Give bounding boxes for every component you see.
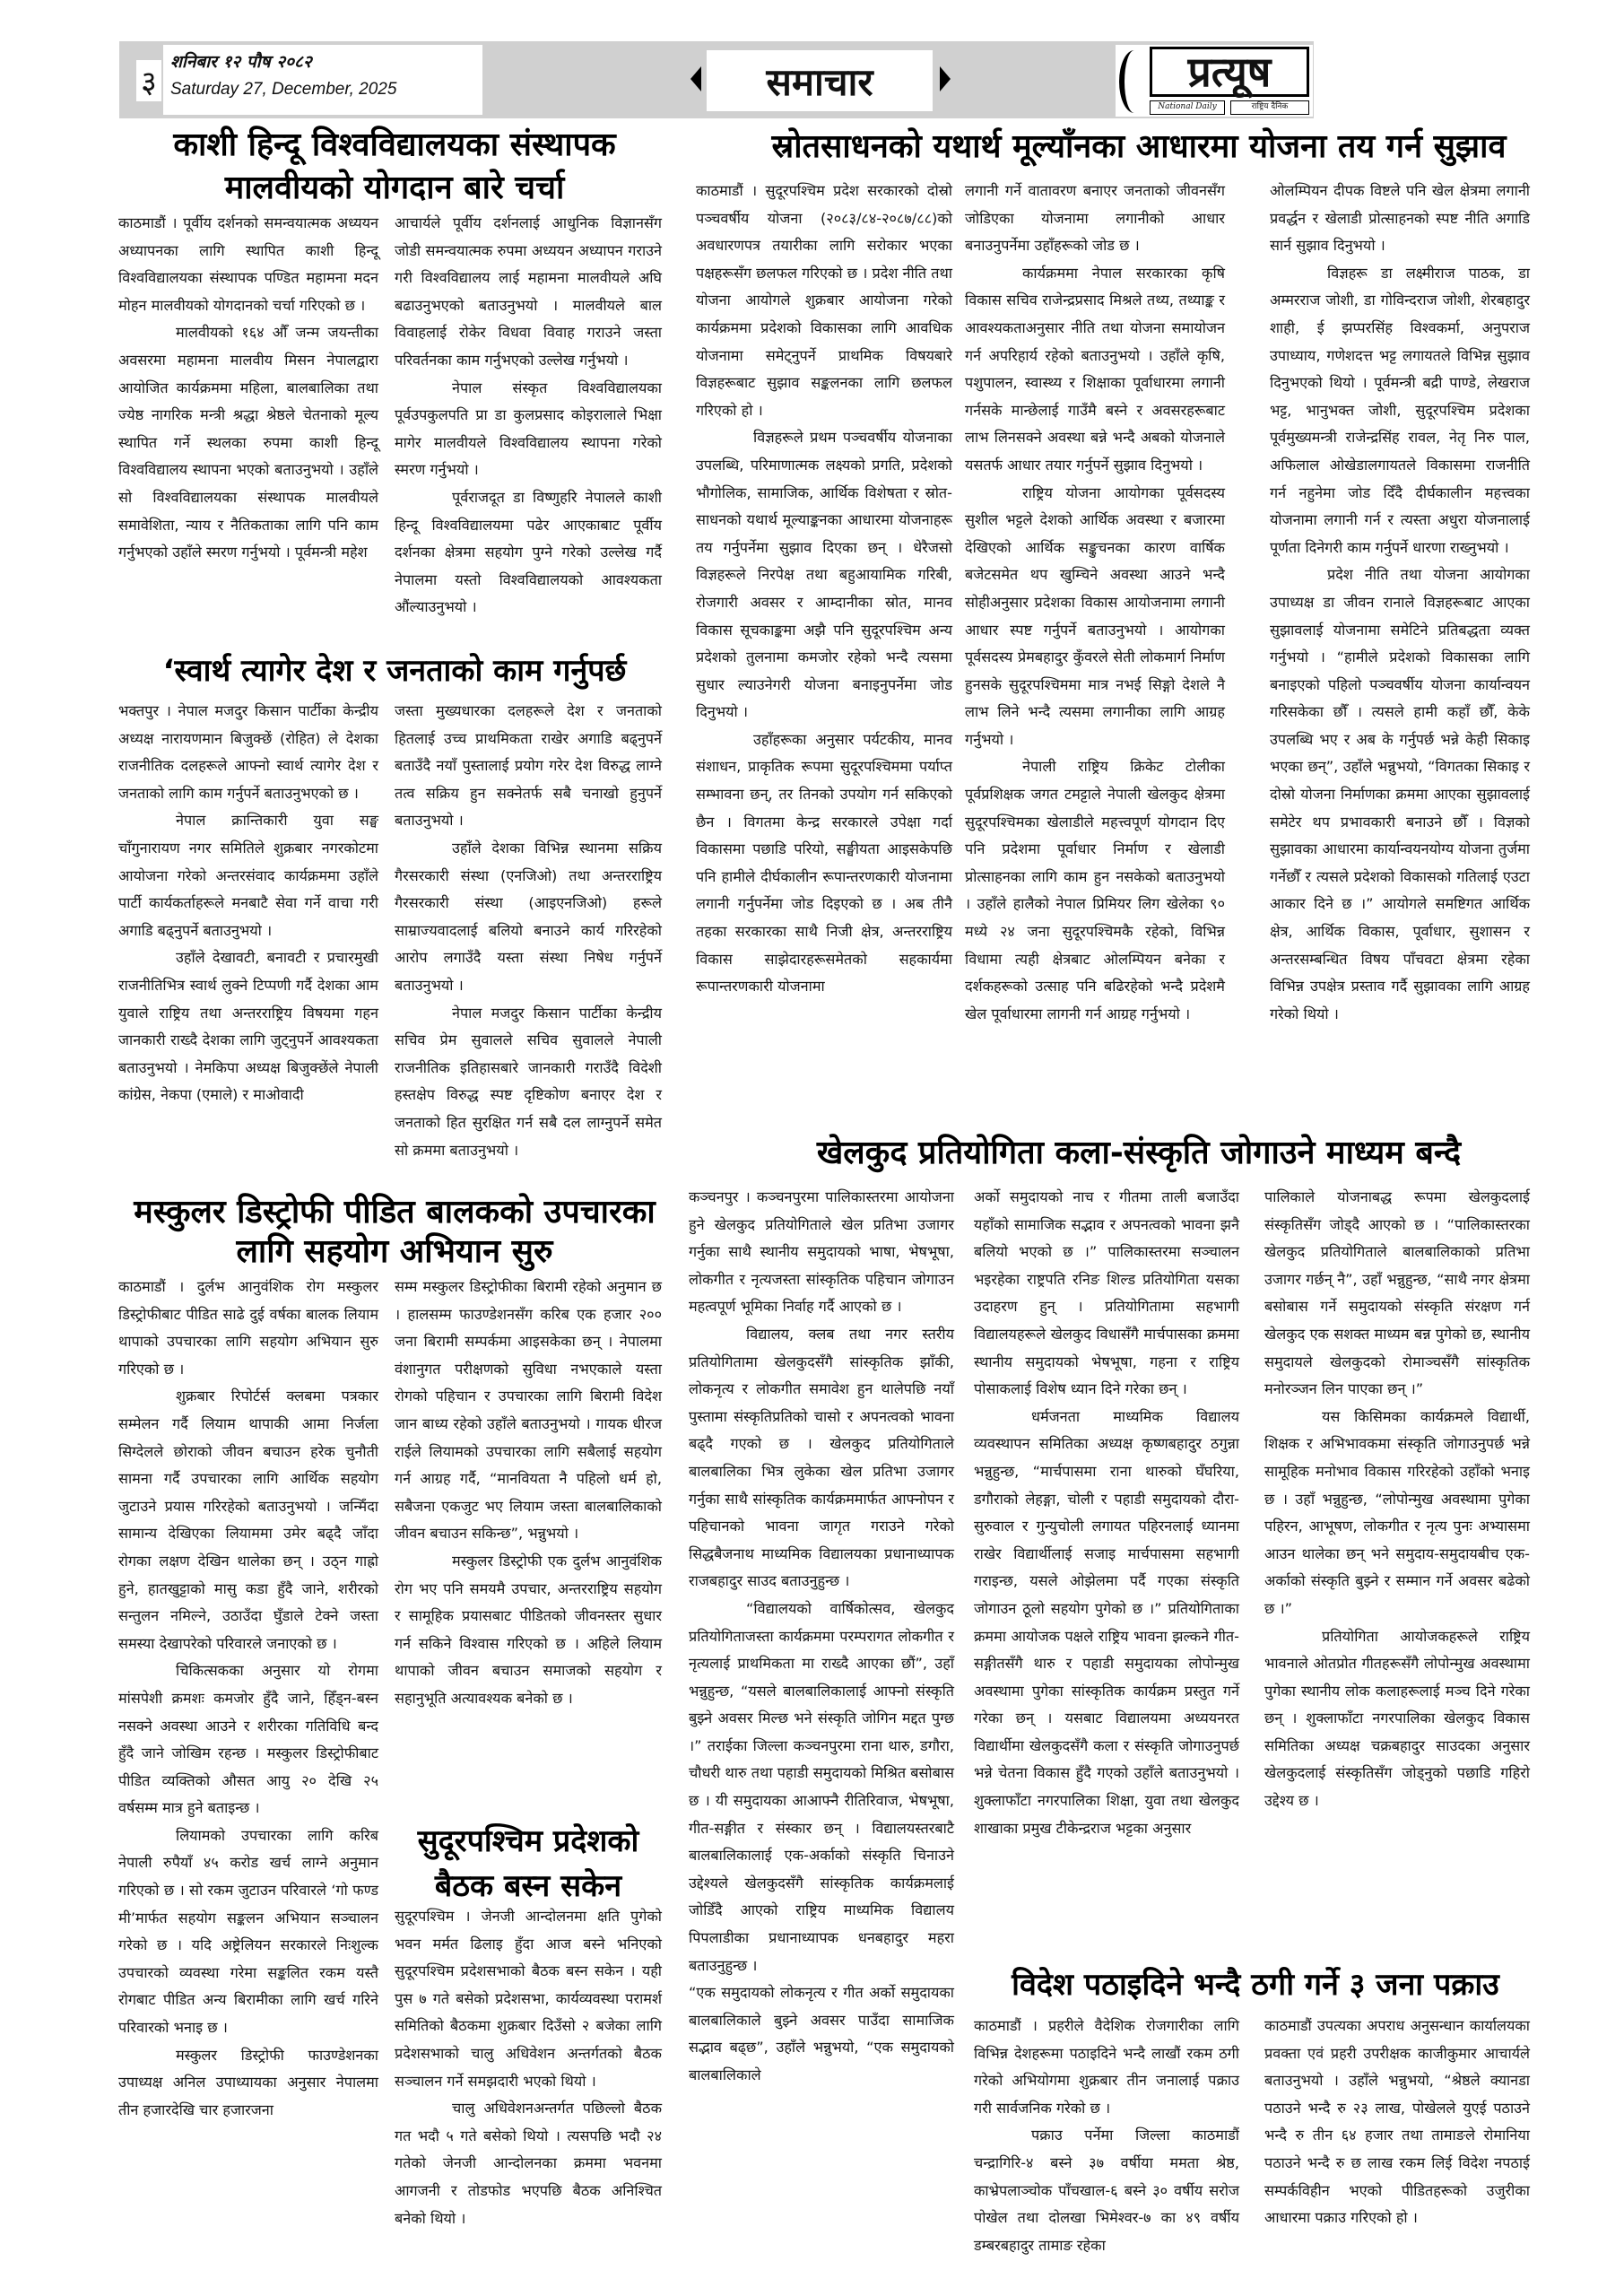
paragraph: आचार्यले पूर्वीय दर्शनलाई आधुनिक विज्ञान… [395,210,662,375]
paragraph: चालु अधिवेशनअन्तर्गत पछिल्लो बैठक गत भदौ… [395,2095,662,2232]
paragraph: प्रदेश नीति तथा योजना आयोगका उपाध्यक्ष ड… [1270,561,1530,1028]
paragraph: काठमाडौं । सुदूरपश्चिम प्रदेश सरकारको दो… [696,178,952,424]
article-thagi-col1: काठमाडौं । प्रहरीले वैदेशिक रोजगारीका ला… [974,2013,1239,2259]
paragraph: राष्ट्रिय योजना आयोगका पूर्वसदस्य सुशील … [965,480,1225,754]
paragraph: काठमाडौं उपत्यका अपराध अनुसन्धान कार्याल… [1264,2013,1530,2232]
paragraph: नेपाल संस्कृत विश्वविद्यालयका पूर्वउपकुल… [395,375,662,484]
arrow-left-icon [690,66,701,91]
headline-thagi: विदेश पठाइदिने भन्दै ठगी गर्ने ३ जना पक्… [968,1964,1542,2005]
paragraph: लियामको उपचारका लागि करिब नेपाली रुपैयाँ… [118,1822,378,2042]
paragraph: पूर्वराजदूत डा विष्णुहरि नेपालले काशी हि… [395,484,662,622]
newspaper-logo: प्रत्यूष National Daily राष्ट्रिय दैनिक [1116,45,1313,117]
paragraph: काठमाडौं । दुर्लभ आनुवंशिक रोग मस्कुलर ड… [118,1274,378,1383]
paragraph: प्रतियोगिता आयोजकहरूले राष्ट्रिय भावनाले… [1264,1623,1530,1815]
paragraph: कार्यक्रममा नेपाल सरकारका कृषि विकास सचि… [965,260,1225,480]
paragraph: चिकित्सकका अनुसार यो रोगमा मांसपेशी क्रम… [118,1657,378,1822]
article-swartha-col1: भक्तपुर । नेपाल मजदुर किसान पार्टीका केन… [118,698,378,1109]
paragraph: नेपाली राष्ट्रिय क्रिकेट टोलीका पूर्वप्र… [965,753,1225,1028]
arrow-right-icon [940,66,951,91]
page-number: ३ [136,60,161,101]
headline-muscular: मस्कुलर डिस्ट्रोफी पीडित बालकको उपचारका … [126,1193,664,1272]
paragraph: सुदूरपश्चिम । जेनजी आन्दोलनमा क्षति पुगे… [395,1903,662,2095]
article-thagi-col2: काठमाडौं उपत्यका अपराध अनुसन्धान कार्याल… [1264,2013,1530,2232]
paragraph: ओलम्पियन दीपक विष्टले पनि खेल क्षेत्रमा … [1270,178,1530,260]
article-khelkud-col2: अर्को समुदायको नाच र गीतमा ताली बजाउँदा … [974,1184,1239,1842]
paragraph: कञ्चनपुर । कञ्चनपुरमा पालिकास्तरमा आयोजन… [689,1184,954,1321]
paragraph: यस किसिमका कार्यक्रमले विद्यार्थी, शिक्ष… [1264,1404,1530,1623]
headline-swartha: ‘स्वार्थ त्यागेर देश र जनताको काम गर्नुप… [126,651,664,691]
paragraph: काठमाडौं । प्रहरीले वैदेशिक रोजगारीका ला… [974,2013,1239,2122]
headline-yojana: स्रोतसाधनको यथार्थ मूल्याँनका आधारमा योज… [690,126,1587,169]
logo-name: प्रत्यूष [1150,47,1309,97]
paragraph: मालवीयको १६४ औँ जन्म जयन्तीका अवसरमा महा… [118,319,378,566]
paragraph: उहाँहरूका अनुसार पर्यटकीय, मानव संशाधन, … [696,726,952,1001]
paragraph: पक्राउ पर्नेमा जिल्ला काठमाडौं चन्द्रागि… [974,2122,1239,2259]
paragraph: नेपाल मजदुर किसान पार्टीका केन्द्रीय सचि… [395,1000,662,1165]
paragraph: “विद्यालयको वार्षिकोत्सव, खेलकुद प्रतियो… [689,1596,954,1979]
article-yojana-col2: लगानी गर्ने वातावरण बनाएर जनताको जीवनसँग… [965,178,1225,1028]
paragraph: उहाँले देशका विभिन्न स्थानमा सक्रिय गैरस… [395,835,662,1000]
paragraph: विज्ञहरू डा लक्ष्मीराज पाठक, डा अम्मरराज… [1270,260,1530,562]
section-title: समाचार [707,50,933,111]
article-muscular-col2: सम्म मस्कुलर डिस्ट्रोफीका बिरामी रहेको अ… [395,1274,662,1713]
article-swartha-col2: जस्ता मुख्यधारका दलहरूले देश र जनताको हि… [395,698,662,1164]
logo-subtitle-english: National Daily [1150,100,1225,115]
article-malviya-col2: आचार्यले पूर्वीय दर्शनलाई आधुनिक विज्ञान… [395,210,662,622]
feather-icon [1119,50,1150,113]
paragraph: उहाँले देखावटी, बनावटी र प्रचारमुखी राजन… [118,944,378,1109]
article-yojana-col1: काठमाडौं । सुदूरपश्चिम प्रदेश सरकारको दो… [696,178,952,1001]
paragraph: विद्यालय, क्लब तथा नगर स्तरीय प्रतियोगित… [689,1321,954,1596]
paragraph: अर्को समुदायको नाच र गीतमा ताली बजाउँदा … [974,1184,1239,1404]
paragraph: “एक समुदायको लोकनृत्य र गीत अर्को समुदाय… [689,1979,954,2089]
paragraph: काठमाडौं । पूर्वीय दर्शनको समन्वयात्मक अ… [118,210,378,319]
date-nepali: शनिबार १२ पौष २०८२ [170,48,475,75]
paragraph: भक्तपुर । नेपाल मजदुर किसान पार्टीका केन… [118,698,378,807]
article-malviya-col1: काठमाडौं । पूर्वीय दर्शनको समन्वयात्मक अ… [118,210,378,567]
paragraph: लगानी गर्ने वातावरण बनाएर जनताको जीवनसँग… [965,178,1225,260]
paragraph: मस्कुलर डिस्ट्रोफी फाउण्डेशनका उपाध्यक्ष… [118,2042,378,2125]
article-khelkud-col1: कञ्चनपुर । कञ्चनपुरमा पालिकास्तरमा आयोजन… [689,1184,954,2090]
paragraph: धर्मजनता माध्यमिक विद्यालय व्यवस्थापन सम… [974,1404,1239,1843]
paragraph: जस्ता मुख्यधारका दलहरूले देश र जनताको हि… [395,698,662,835]
date-english: Saturday 27, December, 2025 [170,75,475,104]
headline-malviya: काशी हिन्दू विश्वविद्यालयका संस्थापक माल… [126,124,664,210]
headline-khelkud: खेलकुद प्रतियोगिता कला-संस्कृति जोगाउने … [690,1132,1587,1175]
article-yojana-col3: ओलम्पियन दीपक विष्टले पनि खेल क्षेत्रमा … [1270,178,1530,1028]
headline-sudurpaschim-baithak: सुदूरपश्चिम प्रदेशको बैठक बस्न सकेन [395,1819,662,1909]
article-khelkud-col3: पालिकाले योजनाबद्ध रूपमा खेलकुदलाई संस्क… [1264,1184,1530,1815]
paragraph: विज्ञहरूले प्रथम पञ्चवर्षीय योजनाका उपलब… [696,424,952,726]
paragraph: नेपाल क्रान्तिकारी युवा सङ्घ चाँगुनारायण… [118,807,378,944]
paragraph: पालिकाले योजनाबद्ध रूपमा खेलकुदलाई संस्क… [1264,1184,1530,1404]
paragraph: शुक्रबार रिपोर्टर्स क्लबमा पत्रकार सम्मे… [118,1383,378,1657]
article-muscular-col1: काठमाडौं । दुर्लभ आनुवंशिक रोग मस्कुलर ड… [118,1274,378,2124]
logo-subtitle-nepali: राष्ट्रिय दैनिक [1230,100,1309,115]
date-block: शनिबार १२ पौष २०८२ Saturday 27, December… [163,45,482,115]
paragraph: सम्म मस्कुलर डिस्ट्रोफीका बिरामी रहेको अ… [395,1274,662,1548]
paragraph: मस्कुलर डिस्ट्रोफी एक दुर्लभ आनुवंशिक रो… [395,1548,662,1713]
article-baithak-col1: सुदूरपश्चिम । जेनजी आन्दोलनमा क्षति पुगे… [395,1903,662,2232]
